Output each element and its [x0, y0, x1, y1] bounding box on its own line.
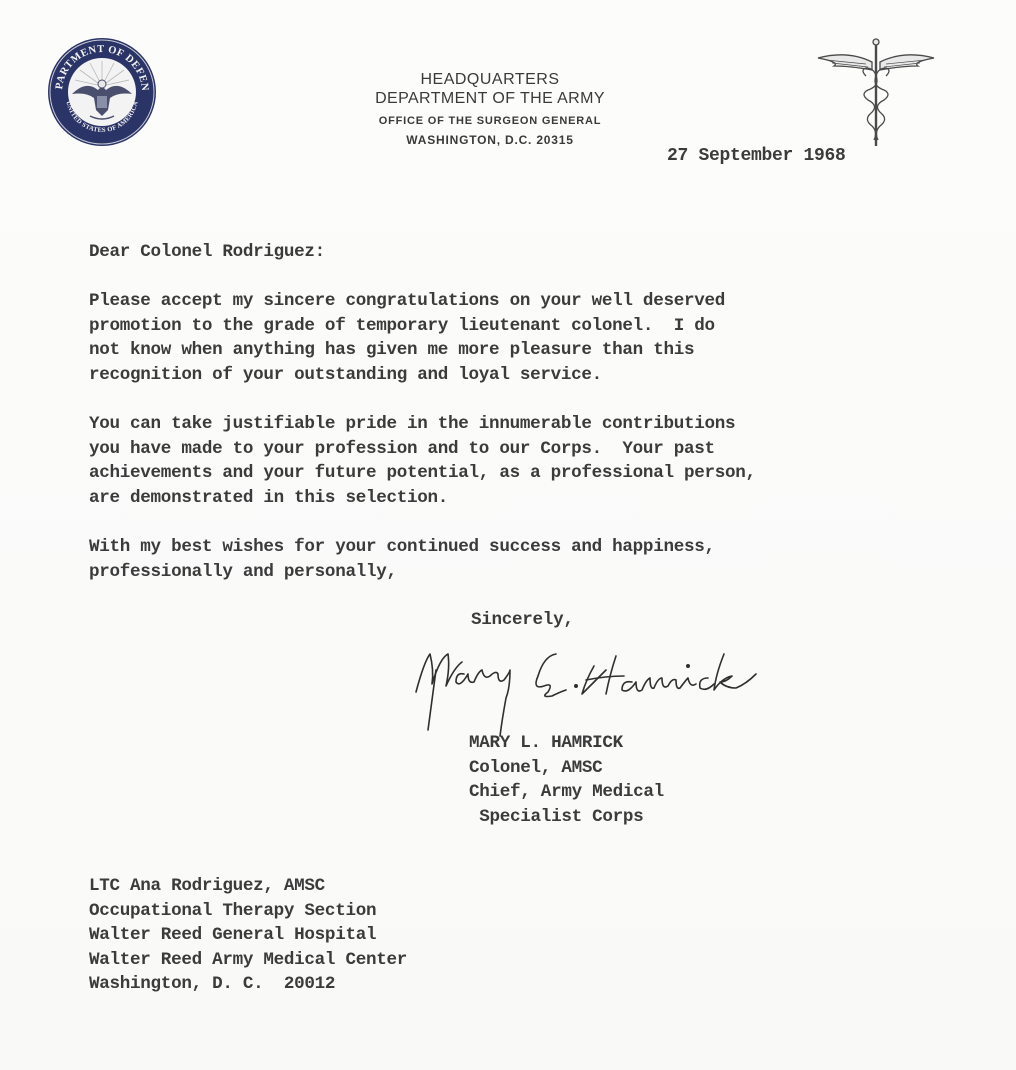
- salutation: Dear Colonel Rodriguez:: [89, 240, 325, 265]
- recipient-address: LTC Ana Rodriguez, AMSC Occupational The…: [89, 874, 407, 997]
- body-paragraph-2: You can take justifiable pride in the in…: [89, 412, 756, 510]
- letterhead: HEADQUARTERS DEPARTMENT OF THE ARMY OFFI…: [300, 70, 680, 149]
- letter-date: 27 September 1968: [667, 144, 846, 169]
- caduceus-icon: [814, 36, 938, 154]
- letterhead-headquarters: HEADQUARTERS: [300, 70, 680, 89]
- letterhead-address: WASHINGTON, D.C. 20315: [300, 131, 680, 149]
- department-of-defense-seal-icon: DEPARTMENT OF DEFENSE UNITED STATES OF A…: [46, 36, 158, 148]
- letter-page: DEPARTMENT OF DEFENSE UNITED STATES OF A…: [0, 0, 1016, 1070]
- body-paragraph-1: Please accept my sincere congratulations…: [89, 289, 725, 387]
- letterhead-department: DEPARTMENT OF THE ARMY: [300, 89, 680, 109]
- signature-block: MARY L. HAMRICK Colonel, AMSC Chief, Arm…: [469, 731, 664, 829]
- letterhead-office: OFFICE OF THE SURGEON GENERAL: [300, 111, 680, 131]
- closing: Sincerely,: [471, 608, 574, 633]
- body-paragraph-3: With my best wishes for your continued s…: [89, 535, 715, 584]
- handwritten-signature: Mary L. Hamrick: [410, 640, 770, 740]
